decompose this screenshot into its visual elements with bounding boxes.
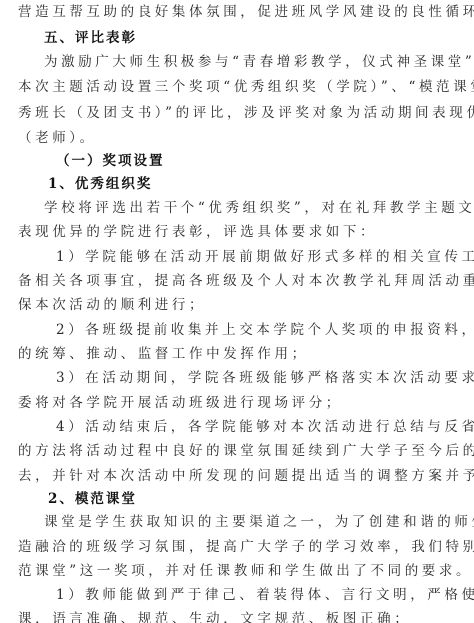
list-item-line: 1）学院能够在活动开展前期做好形式多样的相关宣传工作，积极筹: [56, 249, 474, 265]
paragraph-line: 备相关各项事宜，提高各班级及个人对本次教学礼拜周活动重视程度，确: [18, 273, 474, 289]
paragraph-line-intro-end: 营造互帮互助的良好集体氛围，促进班风学风建设的良性循环。: [18, 4, 474, 20]
section-heading-five: 五、评比表彰: [44, 30, 137, 46]
list-item-line: 3）在活动期间，学院各班级能够严格落实本次活动要求，届时校团: [56, 370, 474, 386]
paragraph-line: 秀班长（及团支书）”的评比，涉及评奖对象为活动期间表现优秀的课堂: [18, 105, 474, 121]
paragraph-line: 保本次活动的顺利进行；: [18, 297, 206, 313]
paragraph-line: 的方法将活动过程中良好的课堂氛围延续到广大学子至今后的学习生活中: [18, 443, 474, 459]
paragraph-line: 去，并针对本次活动中所发现的问题提出适当的调整方案并予以落实。: [18, 468, 474, 484]
paragraph-line: 课堂是学生获取知识的主要渠道之一，为了创建和谐的师生关系，营: [44, 514, 474, 530]
paragraph-line: 本次主题活动设置三个奖项“优秀组织奖（学院）”、“模范课堂”、“优: [18, 79, 474, 95]
paragraph-line: 为激励广大师生积极参与“青春增彩教学，仪式神圣课堂”主题活动，: [44, 54, 474, 70]
paragraph-line: （老师）。: [18, 130, 97, 146]
paragraph-line: 范课堂”这一奖项，并对任课教师和学生做出了不同的要求。: [18, 563, 473, 579]
list-item-line: 1）教师能做到严于律己、着装得体、言行文明，严格使用普通话授: [56, 587, 474, 603]
document-page: 营造互帮互助的良好集体氛围，促进班风学风建设的良性循环。五、评比表彰为激励广大师…: [0, 0, 474, 623]
paragraph-line: 学校将评选出若干个“优秀组织奖”，对在礼拜教学主题文化活动中: [44, 200, 474, 216]
list-item-line: 4）活动结束后，各学院能够对本次活动进行总结与反省，采取适当: [56, 419, 474, 435]
paragraph-line: 表现优异的学院进行表彰，评选具体要求如下：: [18, 224, 377, 240]
paragraph-line: 委将对各学院开展活动班级进行现场评分；: [18, 395, 343, 411]
subsection-heading-award-settings: （一）奖项设置: [56, 153, 165, 169]
paragraph-line: 造融洽的班级学习氛围，提高广大学子的学习效率，我们特别设置了“模: [18, 539, 474, 555]
paragraph-line: 课，语言准确、规范、生动，文字规范、板图正确；: [18, 611, 411, 623]
paragraph-line: 的统筹、推动、监督工作中发挥作用；: [18, 346, 309, 362]
list-item-line: 2）各班级提前收集并上交本学院个人奖项的申报资料，在本次活动: [56, 322, 474, 338]
item-heading-excellent-organization-award: 1、优秀组织奖: [48, 176, 152, 192]
item-heading-model-classroom: 2、模范课堂: [48, 491, 137, 507]
